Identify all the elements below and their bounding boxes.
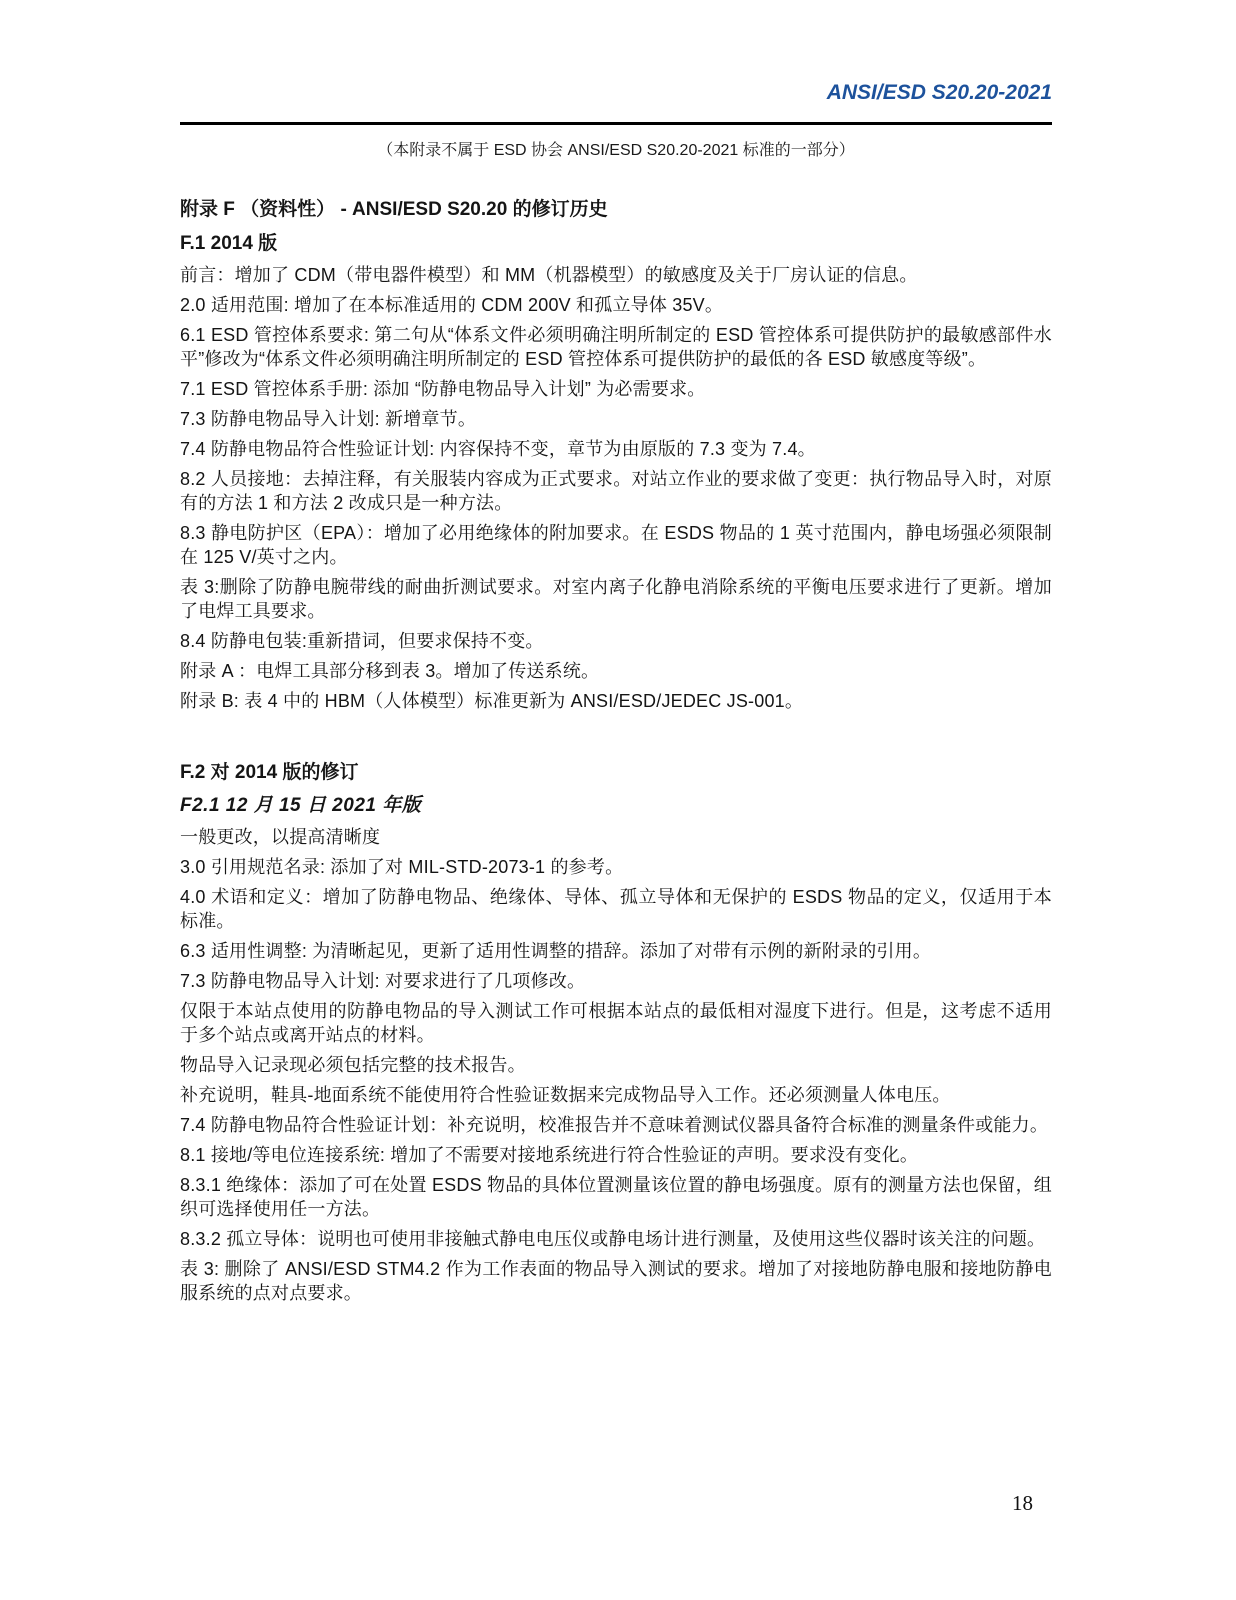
paragraph-f2-7-3-detail-2: 物品导入记录现必须包括完整的技术报告。 [180, 1053, 1052, 1077]
paragraph-f2-table3: 表 3: 删除了 ANSI/ESD STM4.2 作为工作表面的物品导入测试的要… [180, 1257, 1052, 1305]
paragraph-f1-table3: 表 3:删除了防静电腕带线的耐曲折测试要求。对室内离子化静电消除系统的平衡电压要… [180, 575, 1052, 623]
doc-code-header: ANSI/ESD S20.20-2021 [180, 80, 1052, 105]
paragraph-f1-foreword: 前言：增加了 CDM（带电器件模型）和 MM（机器模型）的敏感度及关于厂房认证的… [180, 263, 1052, 287]
paragraph-f2-8-3-2: 8.3.2 孤立导体：说明也可使用非接触式静电电压仪或静电场计进行测量，及使用这… [180, 1227, 1052, 1251]
page-number: 18 [1012, 1491, 1033, 1516]
paragraph-f2-8-1: 8.1 接地/等电位连接系统: 增加了不需要对接地系统进行符合性验证的声明。要求… [180, 1143, 1052, 1167]
header-rule [180, 122, 1052, 125]
paragraph-f1-7-4: 7.4 防静电物品符合性验证计划: 内容保持不变，章节为由原版的 7.3 变为 … [180, 437, 1052, 461]
paragraph-f1-annex-a: 附录 A ：电焊工具部分移到表 3。增加了传送系统。 [180, 659, 1052, 683]
paragraph-f1-annex-b: 附录 B: 表 4 中的 HBM（人体模型）标准更新为 ANSI/ESD/JED… [180, 689, 1052, 713]
paragraph-f1-6-1: 6.1 ESD 管控体系要求: 第二句从“体系文件必须明确注明所制定的 ESD … [180, 323, 1052, 371]
paragraph-f2-7-3: 7.3 防静电物品导入计划: 对要求进行了几项修改。 [180, 969, 1052, 993]
paragraph-f1-8-2: 8.2 人员接地：去掉注释，有关服装内容成为正式要求。对站立作业的要求做了变更：… [180, 467, 1052, 515]
paragraph-f1-7-1: 7.1 ESD 管控体系手册: 添加 “防静电物品导入计划” 为必需要求。 [180, 377, 1052, 401]
section-f2-heading: F.2 对 2014 版的修订 [180, 759, 1052, 786]
paragraph-f1-7-3: 7.3 防静电物品导入计划: 新增章节。 [180, 407, 1052, 431]
document-page: ANSI/ESD S20.20-2021 （本附录不属于 ESD 协会 ANSI… [0, 0, 1236, 1600]
paragraph-f2-8-3-1: 8.3.1 绝缘体：添加了可在处置 ESDS 物品的具体位置测量该位置的静电场强… [180, 1173, 1052, 1221]
paragraph-f2-7-3-detail-3: 补充说明，鞋具-地面系统不能使用符合性验证数据来完成物品导入工作。还必须测量人体… [180, 1083, 1052, 1107]
appendix-title: 附录 F （资料性） - ANSI/ESD S20.20 的修订历史 [180, 196, 1052, 223]
section-f21-subheading: F2.1 12 月 15 日 2021 年版 [180, 792, 1052, 819]
paragraph-f1-8-4: 8.4 防静电包装:重新措词，但要求保持不变。 [180, 629, 1052, 653]
paragraph-f2-general: 一般更改，以提高清晰度 [180, 825, 1052, 849]
paragraph-f2-3-0: 3.0 引用规范名录: 添加了对 MIL-STD-2073-1 的参考。 [180, 855, 1052, 879]
page-content: ANSI/ESD S20.20-2021 （本附录不属于 ESD 协会 ANSI… [180, 0, 1052, 1305]
paragraph-f2-7-4: 7.4 防静电物品符合性验证计划：补充说明，校准报告并不意味着测试仪器具备符合标… [180, 1113, 1052, 1137]
paragraph-f1-8-3: 8.3 静电防护区（EPA）：增加了必用绝缘体的附加要求。在 ESDS 物品的 … [180, 521, 1052, 569]
section-f1-heading: F.1 2014 版 [180, 230, 1052, 257]
paragraph-f2-7-3-detail-1: 仅限于本站点使用的防静电物品的导入测试工作可根据本站点的最低相对湿度下进行。但是… [180, 999, 1052, 1047]
appendix-disclaimer-note: （本附录不属于 ESD 协会 ANSI/ESD S20.20-2021 标准的一… [180, 140, 1052, 162]
paragraph-f2-4-0: 4.0 术语和定义：增加了防静电物品、绝缘体、导体、孤立导体和无保护的 ESDS… [180, 885, 1052, 933]
paragraph-f1-2-0: 2.0 适用范围: 增加了在本标准适用的 CDM 200V 和孤立导体 35V。 [180, 293, 1052, 317]
paragraph-f2-6-3: 6.3 适用性调整: 为清晰起见，更新了适用性调整的措辞。添加了对带有示例的新附… [180, 939, 1052, 963]
